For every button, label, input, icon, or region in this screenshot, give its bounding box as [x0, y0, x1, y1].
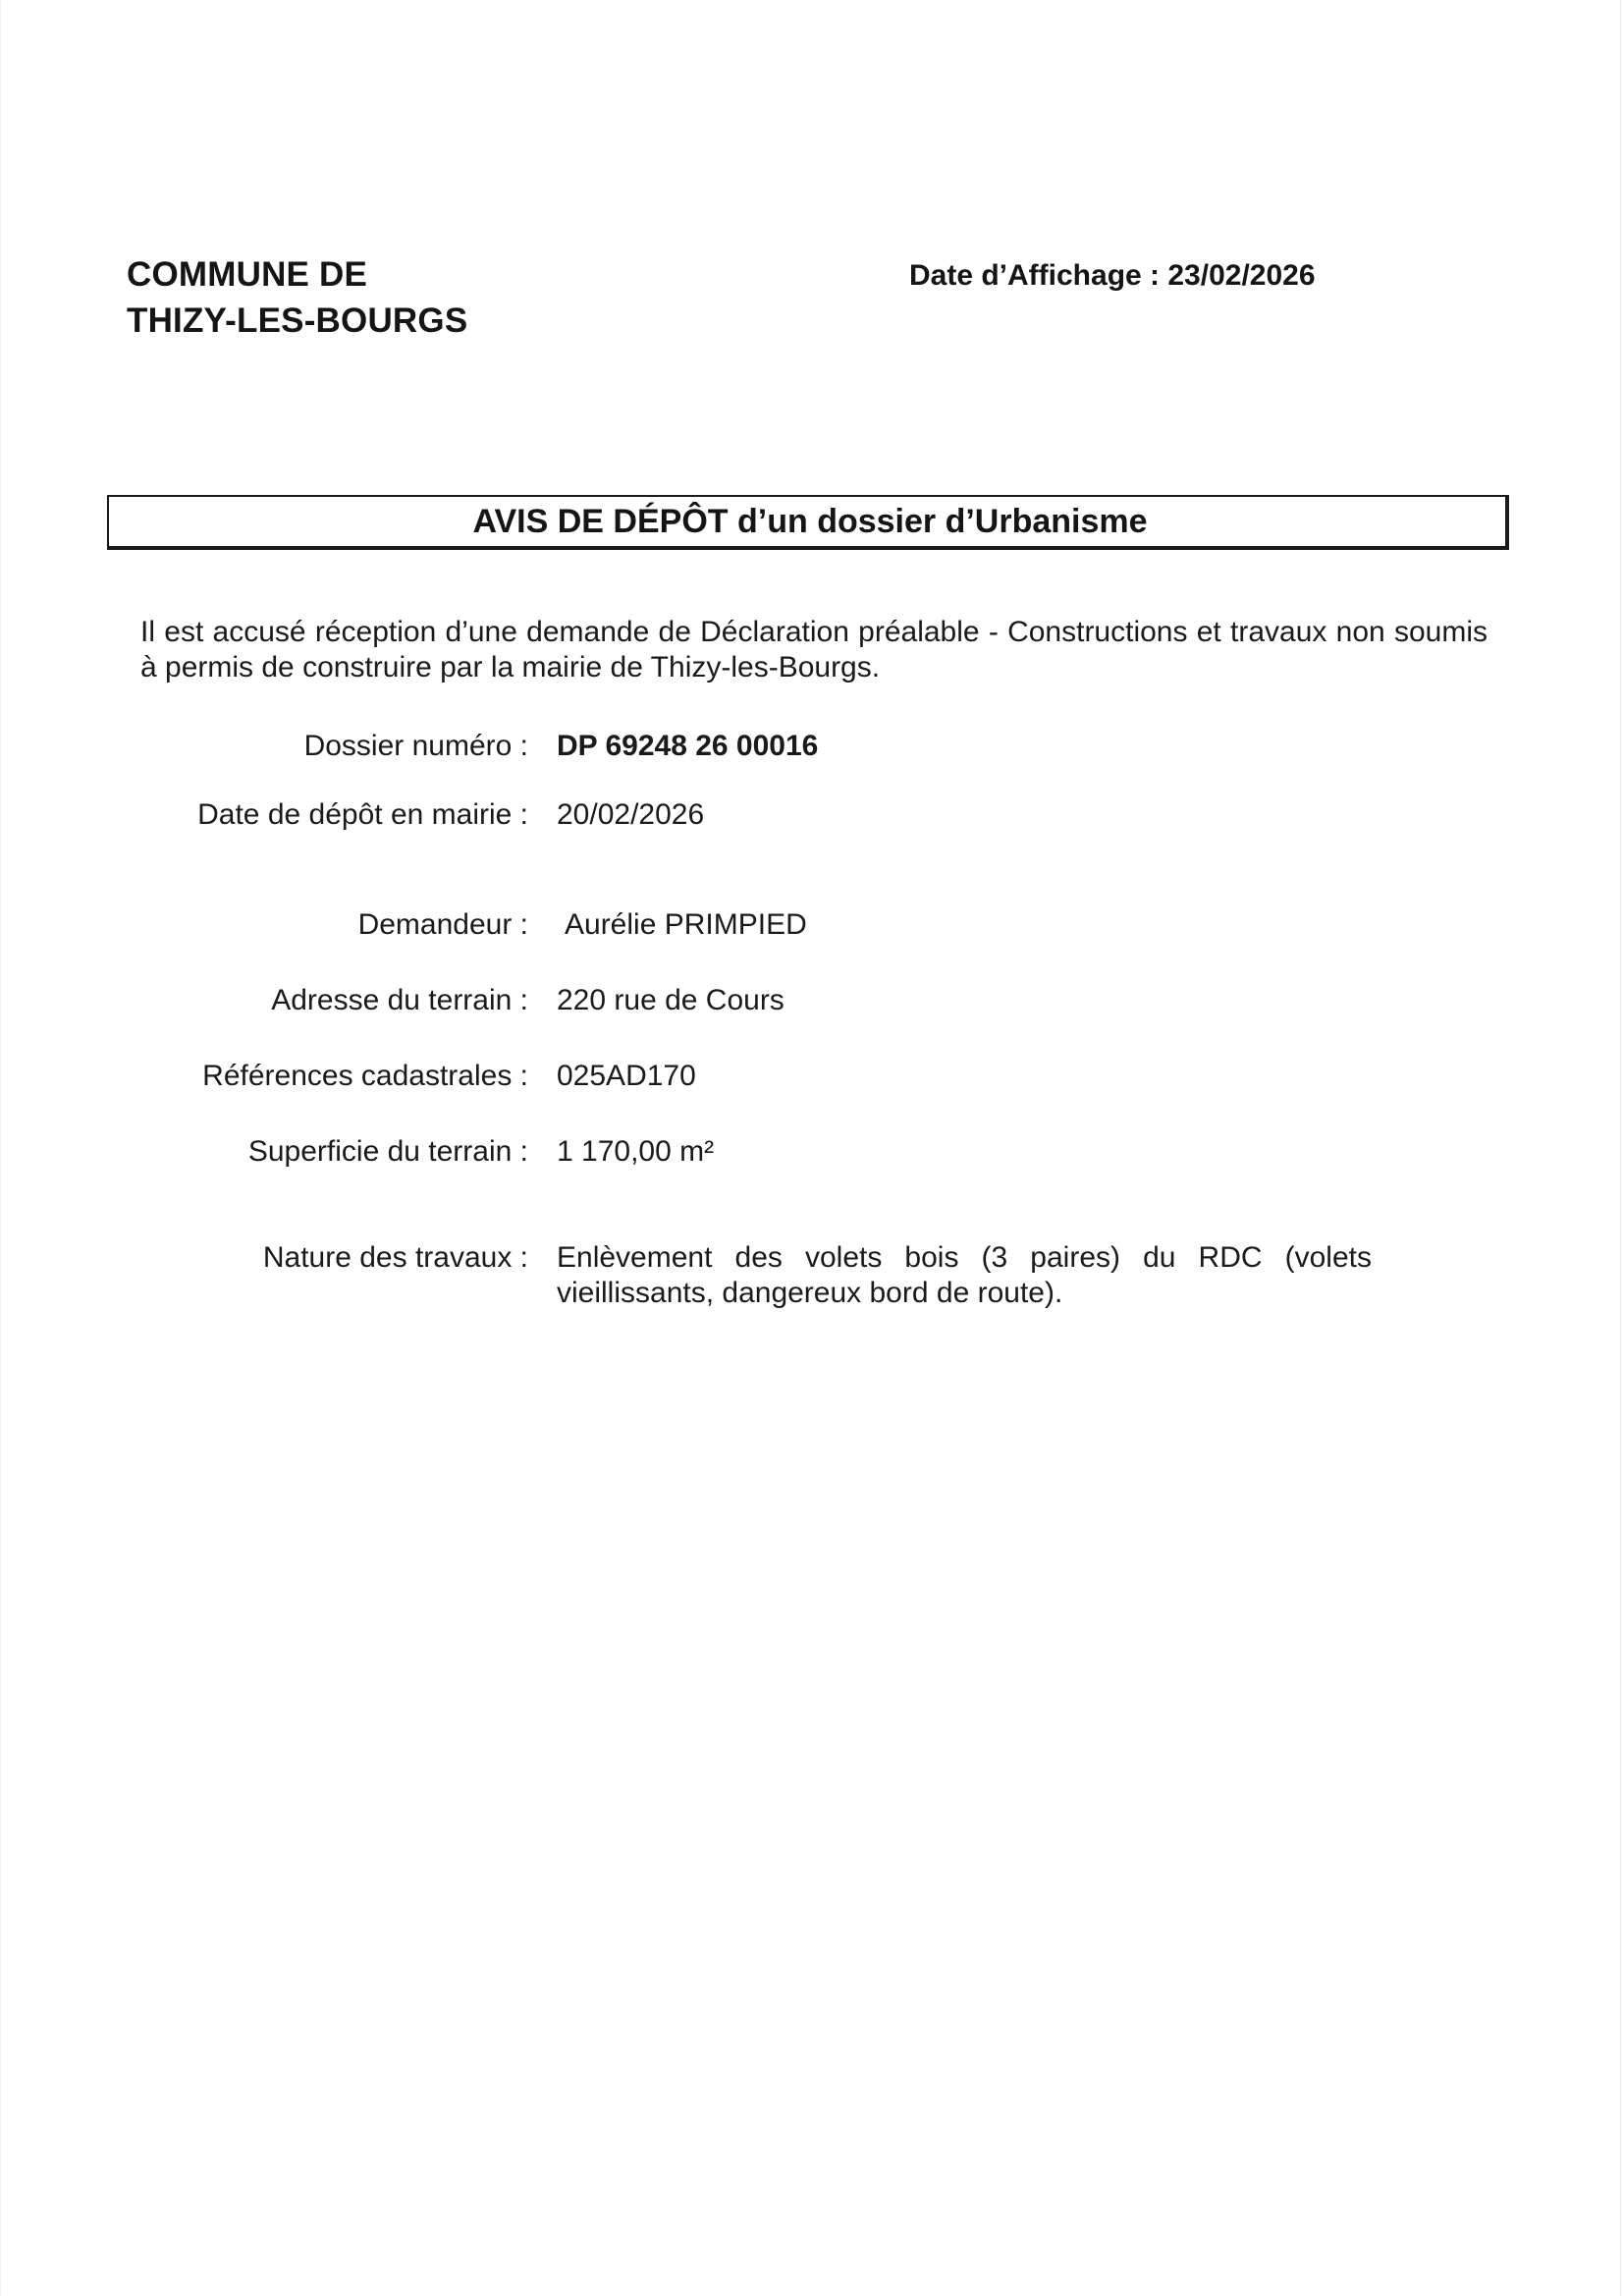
date-affichage-label: Date d’Affichage : — [909, 259, 1160, 292]
commune-line-1: COMMUNE DE — [127, 251, 467, 298]
field-label: Superficie du terrain : — [248, 1134, 528, 1170]
field-label: Adresse du terrain : — [271, 983, 528, 1018]
field-label: Demandeur : — [358, 907, 528, 943]
date-affichage: Date d’Affichage : 23/02/2026 — [909, 258, 1316, 294]
commune-heading: COMMUNE DE THIZY-LES-BOURGS — [127, 251, 467, 344]
field-label: Date de dépôt en mairie : — [197, 797, 528, 833]
cadastre-value: 025AD170 — [557, 1059, 696, 1094]
nature-value: Enlèvement des volets bois (3 paires) du… — [557, 1240, 1372, 1311]
dossier-number: DP 69248 26 00016 — [557, 729, 818, 764]
date-depot-value: 20/02/2026 — [557, 797, 704, 833]
intro-paragraph: Il est accusé réception d’une demande de… — [140, 615, 1488, 685]
field-label: Références cadastrales : — [202, 1059, 528, 1094]
field-label: Nature des travaux : — [263, 1240, 528, 1276]
page-edge — [1620, 0, 1621, 2296]
superficie-value: 1 170,00 m² — [557, 1134, 714, 1170]
demandeur-value: Aurélie PRIMPIED — [565, 907, 807, 943]
date-affichage-value: 23/02/2026 — [1167, 259, 1315, 292]
page-edge — [0, 0, 1, 2296]
field-label: Dossier numéro : — [304, 729, 528, 764]
adresse-value: 220 rue de Cours — [557, 983, 784, 1018]
notice-title: AVIS DE DÉPÔT d’un dossier d’Urbanisme — [472, 502, 1147, 541]
commune-line-2: THIZY-LES-BOURGS — [127, 298, 467, 344]
notice-title-box: AVIS DE DÉPÔT d’un dossier d’Urbanisme — [107, 495, 1509, 550]
